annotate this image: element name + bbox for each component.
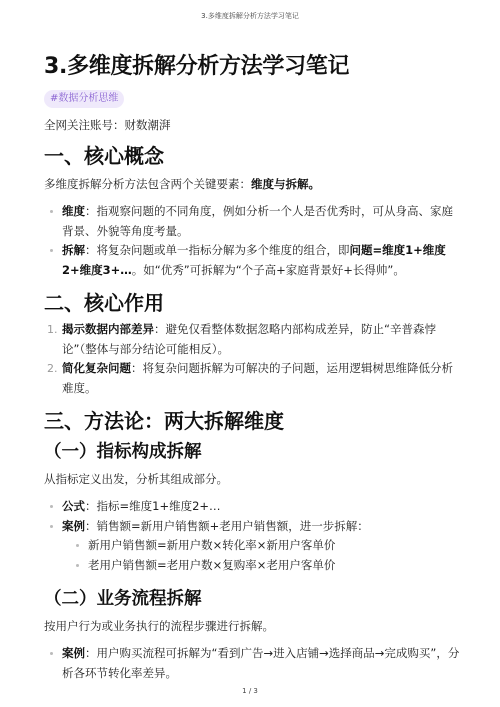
list-item: 2. 简化复杂问题：将复杂问题拆解为可解决的子问题，运用逻辑树思维降低分析难度。 bbox=[44, 359, 464, 398]
document-title: 3.多维度拆解分析方法学习笔记 bbox=[44, 50, 464, 84]
role-list: 1. 揭示数据内部差异：避免仅看整体数据忽略内部构成差异，防止“辛普森悖论”（整… bbox=[44, 320, 464, 398]
list-number: 1. bbox=[47, 320, 58, 340]
bullet-icon bbox=[50, 505, 53, 508]
bullet-icon bbox=[50, 210, 53, 213]
list-item: 1. 揭示数据内部差异：避免仅看整体数据忽略内部构成差异，防止“辛普森悖论”（整… bbox=[44, 320, 464, 359]
metric-list: 公式：指标=维度1+维度2+… 案例：销售额=新用户销售额+老用户销售额，进一步… bbox=[44, 497, 464, 575]
subsection1-intro: 从指标定义出发，分析其组成部分。 bbox=[44, 470, 464, 489]
item-term: 拆解 bbox=[62, 243, 85, 257]
item-text: ：用户购买流程可拆解为“看到广告→进入店铺→选择商品→完成购买”，分析各环节转化… bbox=[62, 646, 459, 680]
intro-text: 多维度拆解分析方法包含两个关键要素： bbox=[44, 177, 251, 191]
section-heading-core-concepts: 一、核心概念 bbox=[44, 141, 464, 171]
bullet-icon bbox=[76, 544, 79, 547]
item-term: 揭示数据内部差异 bbox=[62, 322, 154, 336]
bullet-icon bbox=[50, 652, 53, 655]
bullet-icon bbox=[50, 525, 53, 528]
item-text: ：将复杂问题或单一指标分解为多个维度的组合，即 bbox=[85, 243, 350, 257]
item-term: 案例 bbox=[62, 646, 85, 660]
list-item: 公式：指标=维度1+维度2+… bbox=[44, 497, 464, 517]
sub-list-item: 老用户销售额=老用户数×复购率×老用户客单价 bbox=[44, 556, 464, 576]
section-heading-methodology: 三、方法论：两大拆解维度 bbox=[44, 406, 464, 436]
list-number: 2. bbox=[47, 359, 58, 379]
running-header: 3.多维度拆解分析方法学习笔记 bbox=[0, 11, 500, 21]
subsection-heading-process-decomposition: （二）业务流程拆解 bbox=[44, 585, 464, 613]
subsection-heading-metric-decomposition: （一）指标构成拆解 bbox=[44, 438, 464, 466]
item-term: 公式 bbox=[62, 499, 85, 513]
document-body: 3.多维度拆解分析方法学习笔记 #数据分析思维 全网关注账号：财数潮湃 一、核心… bbox=[44, 50, 464, 683]
list-item: 案例：用户购买流程可拆解为“看到广告→进入店铺→选择商品→完成购买”，分析各环节… bbox=[44, 644, 464, 683]
item-text: ：销售额=新用户销售额+老用户销售额，进一步拆解： bbox=[85, 519, 369, 533]
item-text: 新用户销售额=新用户数×转化率×新用户客单价 bbox=[88, 538, 335, 552]
intro-bold: 维度与拆解。 bbox=[251, 177, 320, 191]
account-line: 全网关注账号：财数潮湃 bbox=[44, 117, 464, 133]
item-text: 老用户销售额=老用户数×复购率×老用户客单价 bbox=[88, 558, 335, 572]
list-item: 案例：销售额=新用户销售额+老用户销售额，进一步拆解： bbox=[44, 517, 464, 537]
bullet-icon bbox=[50, 249, 53, 252]
sub-list-item: 新用户销售额=新用户数×转化率×新用户客单价 bbox=[44, 536, 464, 556]
list-item: 维度：指观察问题的不同角度，例如分析一个人是否优秀时，可从身高、家庭背景、外貌等… bbox=[44, 202, 464, 241]
item-term: 案例 bbox=[62, 519, 85, 533]
section-heading-core-role: 二、核心作用 bbox=[44, 288, 464, 318]
concept-list: 维度：指观察问题的不同角度，例如分析一个人是否优秀时，可从身高、家庭背景、外貌等… bbox=[44, 202, 464, 280]
page-indicator: 1 / 3 bbox=[0, 687, 500, 695]
item-text: ：指标=维度1+维度2+… bbox=[85, 499, 221, 513]
item-term: 简化复杂问题 bbox=[62, 361, 131, 375]
list-item: 拆解：将复杂问题或单一指标分解为多个维度的组合，即问题=维度1+维度2+维度3+… bbox=[44, 241, 464, 280]
subsection2-intro: 按用户行为或业务执行的流程步骤进行拆解。 bbox=[44, 617, 464, 636]
bullet-icon bbox=[76, 564, 79, 567]
topic-tag[interactable]: #数据分析思维 bbox=[44, 90, 124, 108]
item-term: 维度 bbox=[62, 204, 85, 218]
section1-intro: 多维度拆解分析方法包含两个关键要素：维度与拆解。 bbox=[44, 175, 464, 194]
item-text: ：指观察问题的不同角度，例如分析一个人是否优秀时，可从身高、家庭背景、外貌等角度… bbox=[62, 204, 453, 238]
item-text: 。如“优秀”可拆解为“个子高+家庭背景好+长得帅”。 bbox=[132, 263, 405, 277]
process-list: 案例：用户购买流程可拆解为“看到广告→进入店铺→选择商品→完成购买”，分析各环节… bbox=[44, 644, 464, 683]
